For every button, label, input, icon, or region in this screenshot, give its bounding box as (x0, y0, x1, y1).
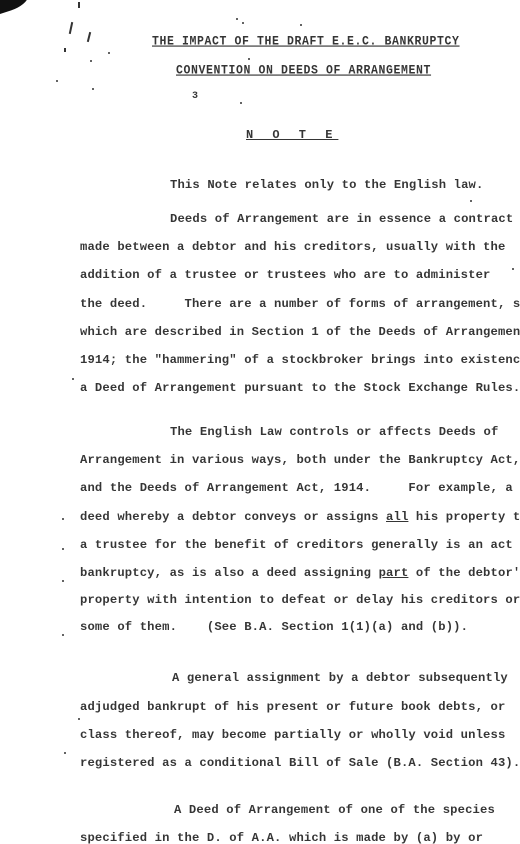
paragraph-line: a trustee for the benefit of creditors g… (80, 538, 513, 552)
scan-speck (242, 22, 244, 24)
paragraph-line: some of them. (See B.A. Section 1(1)(a) … (80, 620, 468, 634)
scan-artifact-scratch (69, 22, 73, 34)
note-heading: N O T E (246, 128, 338, 142)
paragraph-line-with-emphasis: deed whereby a debtor conveys or assigns… (80, 510, 520, 524)
paragraph-line: adjudged bankrupt of his present or futu… (80, 700, 505, 714)
paragraph-line: A Deed of Arrangement of one of the spec… (174, 803, 495, 817)
paragraph-line: and the Deeds of Arrangement Act, 1914. … (80, 481, 513, 495)
document-title-line-2: CONVENTION ON DEEDS OF ARRANGEMENT (176, 63, 431, 79)
scan-speck (236, 18, 238, 20)
paragraph-line-text: his property t (408, 510, 520, 524)
paragraph-line: the deed. There are a number of forms of… (80, 297, 520, 311)
scanned-document-page: THE IMPACT OF THE DRAFT E.E.C. BANKRUPTC… (0, 0, 520, 844)
scan-speck (248, 58, 250, 60)
scan-speck (470, 200, 472, 202)
emphasized-word: part (379, 566, 409, 580)
scan-artifact-scratch (87, 32, 91, 42)
scan-speck (64, 752, 66, 754)
paragraph-line: The English Law controls or affects Deed… (170, 425, 498, 439)
scan-speck (300, 24, 302, 26)
paragraph-line: A general assignment by a debtor subsequ… (172, 671, 508, 685)
scan-artifact-scratch (78, 2, 80, 8)
paragraph-line-text: of the debtor' (408, 566, 520, 580)
paragraph-line: This Note relates only to the English la… (170, 178, 483, 192)
paragraph-line: class thereof, may become partially or w… (80, 728, 505, 742)
scan-speck (108, 52, 110, 54)
paragraph-line-with-emphasis: bankruptcy, as is also a deed assigning … (80, 566, 520, 580)
margin-mark: 3 (192, 90, 198, 104)
scan-speck (512, 268, 514, 270)
scan-speck (240, 102, 242, 104)
paragraph-line: specified in the D. of A.A. which is mad… (80, 831, 483, 844)
scan-speck (62, 548, 64, 550)
paragraph-line: which are described in Section 1 of the … (80, 325, 520, 339)
paragraph-line: addition of a trustee or trustees who ar… (80, 268, 491, 282)
scan-artifact-blot (0, 0, 28, 14)
paragraph-line: made between a debtor and his creditors,… (80, 240, 505, 254)
scan-speck (62, 518, 64, 520)
scan-speck (62, 634, 64, 636)
paragraph-line: registered as a conditional Bill of Sale… (80, 756, 520, 770)
paragraph-line: property with intention to defeat or del… (80, 593, 520, 607)
paragraph-line: Deeds of Arrangement are in essence a co… (170, 212, 513, 226)
scan-speck (78, 718, 80, 720)
paragraph-line-text: deed whereby a debtor conveys or assigns (80, 510, 386, 524)
scan-speck (90, 60, 92, 62)
scan-speck (62, 580, 64, 582)
scan-speck (72, 378, 74, 380)
scan-artifact-scratch (64, 48, 66, 52)
document-title-line-1: THE IMPACT OF THE DRAFT E.E.C. BANKRUPTC… (152, 34, 460, 50)
scan-speck (56, 80, 58, 82)
paragraph-line-text: bankruptcy, as is also a deed assigning (80, 566, 379, 580)
emphasized-word: all (386, 510, 408, 524)
paragraph-line: a Deed of Arrangement pursuant to the St… (80, 381, 520, 395)
paragraph-line: Arrangement in various ways, both under … (80, 453, 520, 467)
paragraph-line: 1914; the "hammering" of a stockbroker b… (80, 353, 520, 367)
scan-speck (92, 88, 94, 90)
